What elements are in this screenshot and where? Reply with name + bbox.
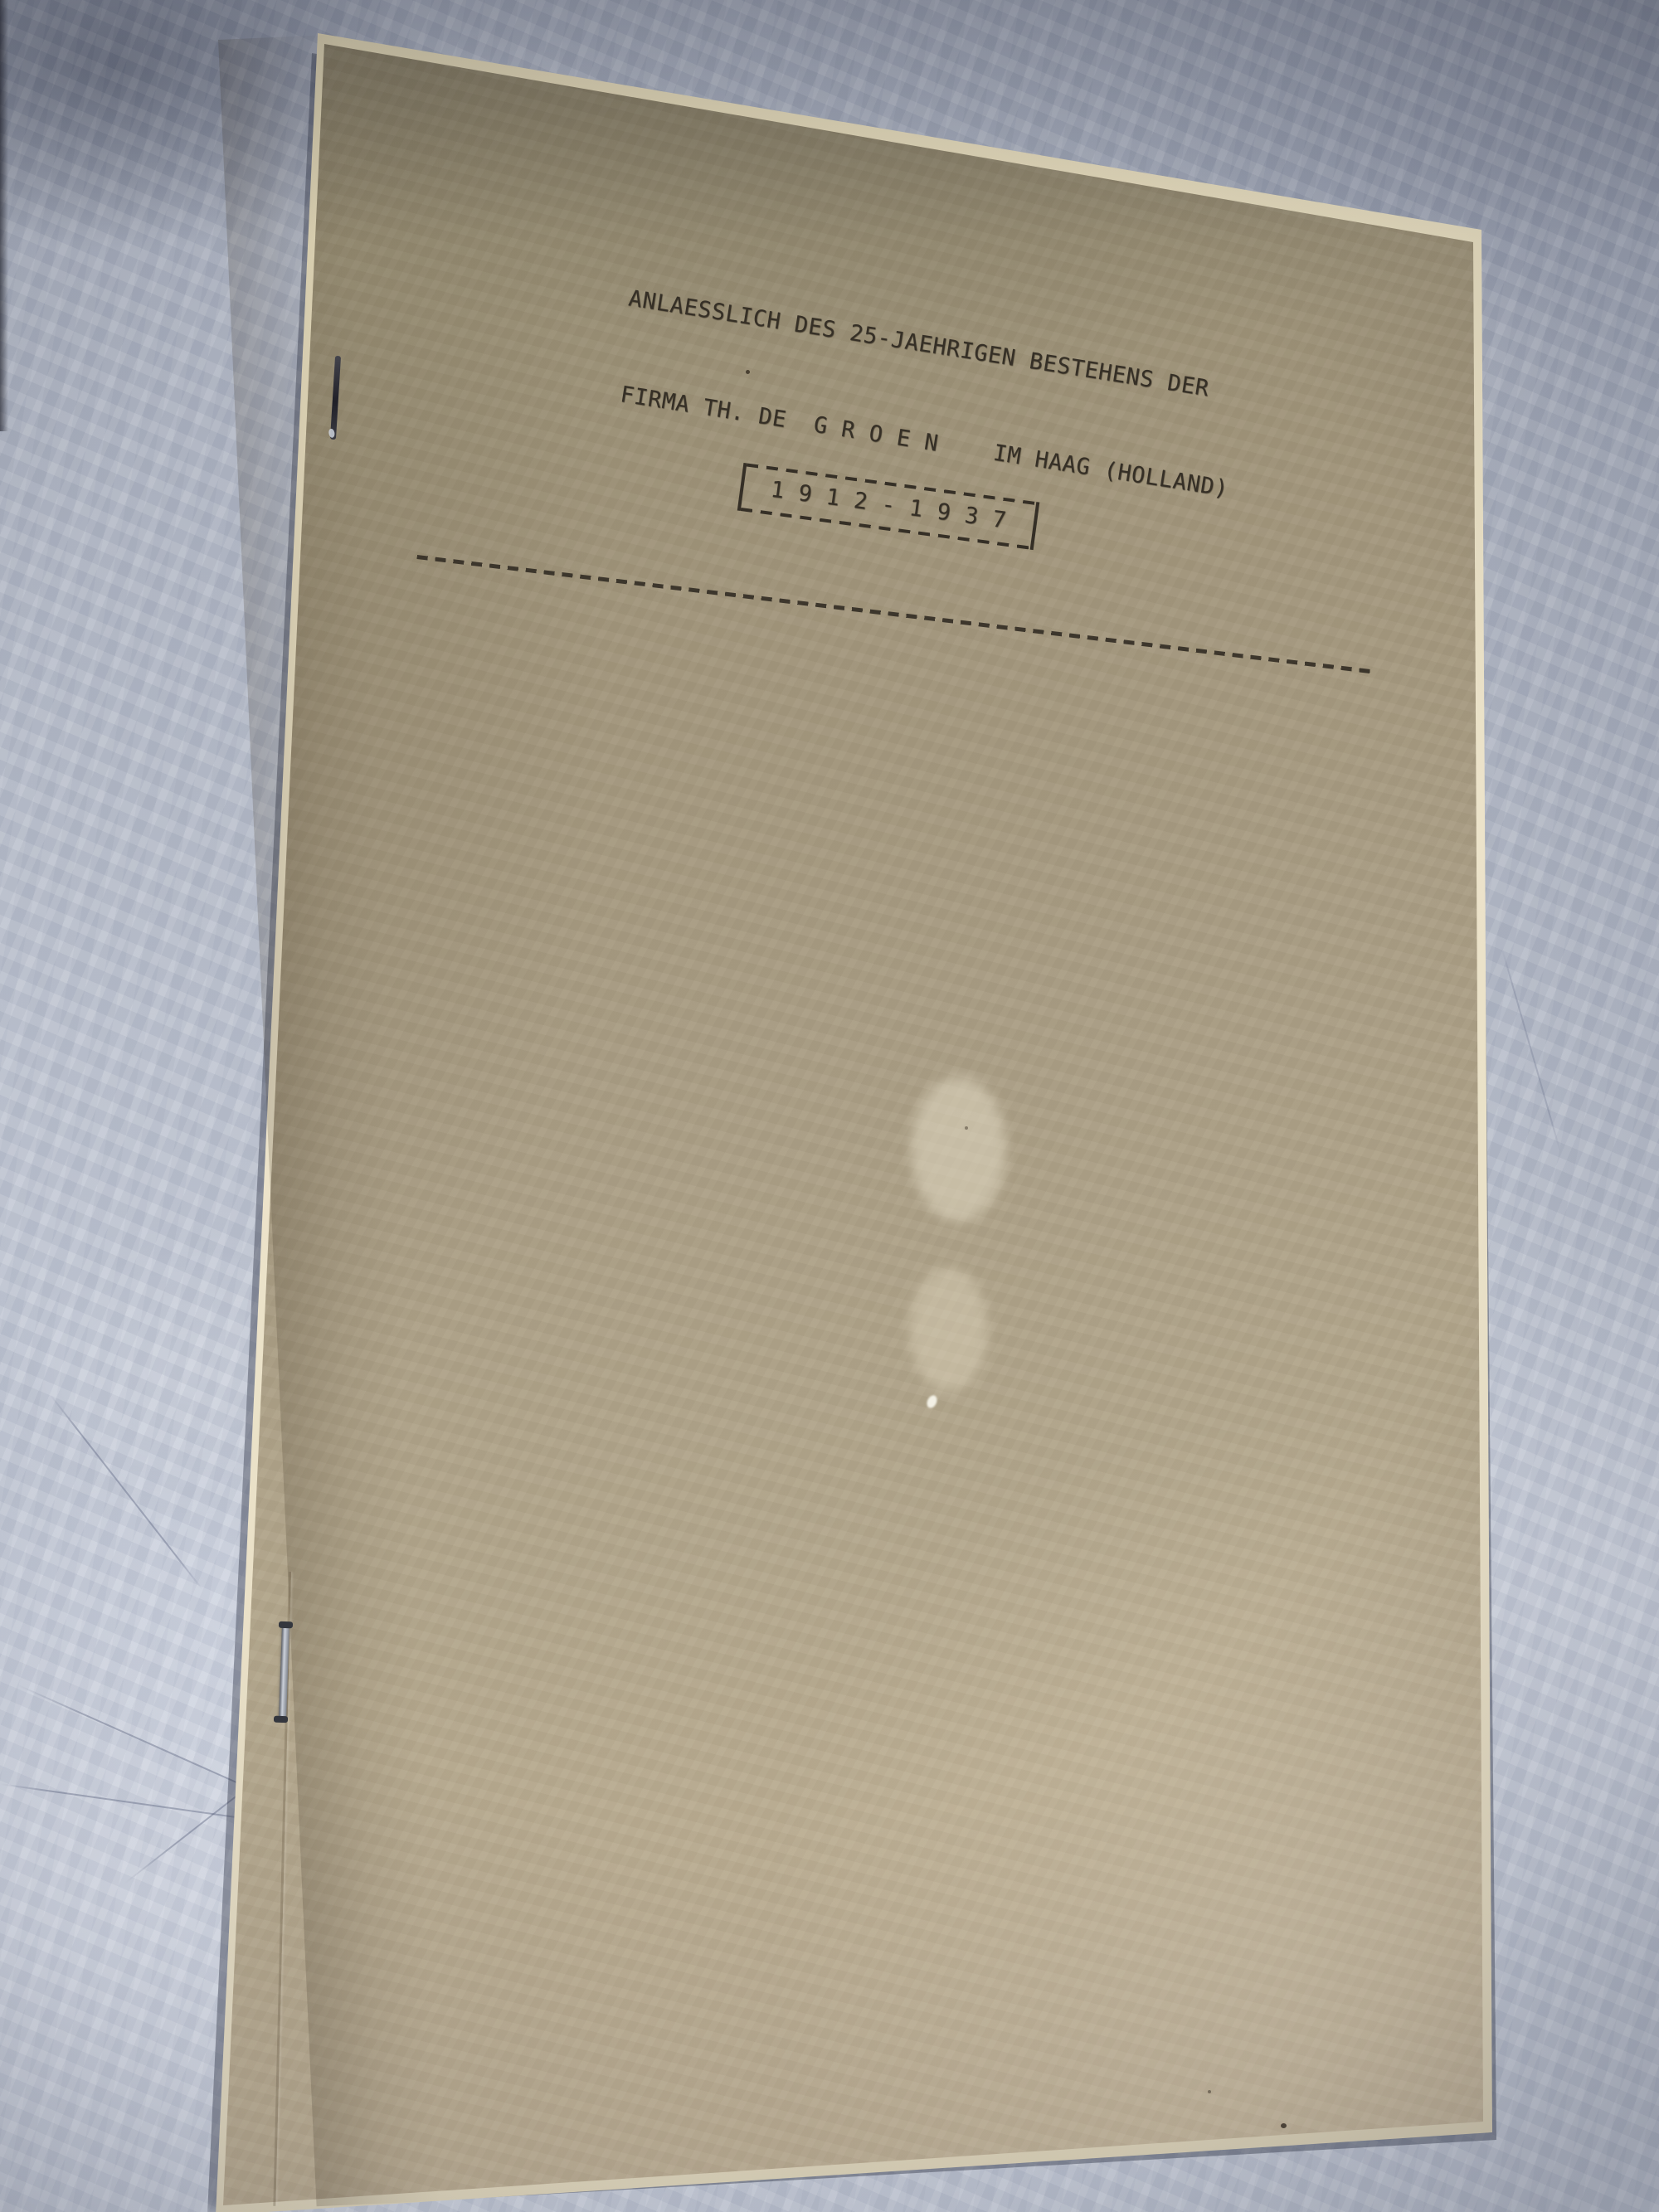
ink-speck	[1281, 2123, 1287, 2128]
ink-speck	[1208, 2090, 1211, 2093]
cover-stain	[911, 1077, 1006, 1222]
staple-cap	[274, 1716, 288, 1723]
staple-cap	[279, 1621, 293, 1629]
cover-stain	[909, 1267, 988, 1392]
photo-edge-shadow	[0, 0, 8, 431]
year-range-box: 1 9 1 2 - 1 9 3 7	[737, 463, 1040, 550]
year-range-text: 1 9 1 2 - 1 9 3 7	[741, 464, 1037, 550]
ink-speck	[965, 1126, 968, 1130]
photograph: ANLAESSLICH DES 25-JAEHRIGEN BESTEHENS D…	[0, 0, 1659, 2212]
title-line-2: FIRMA TH. DE G R O E N IM HAAG (HOLLAND)	[619, 382, 1231, 502]
